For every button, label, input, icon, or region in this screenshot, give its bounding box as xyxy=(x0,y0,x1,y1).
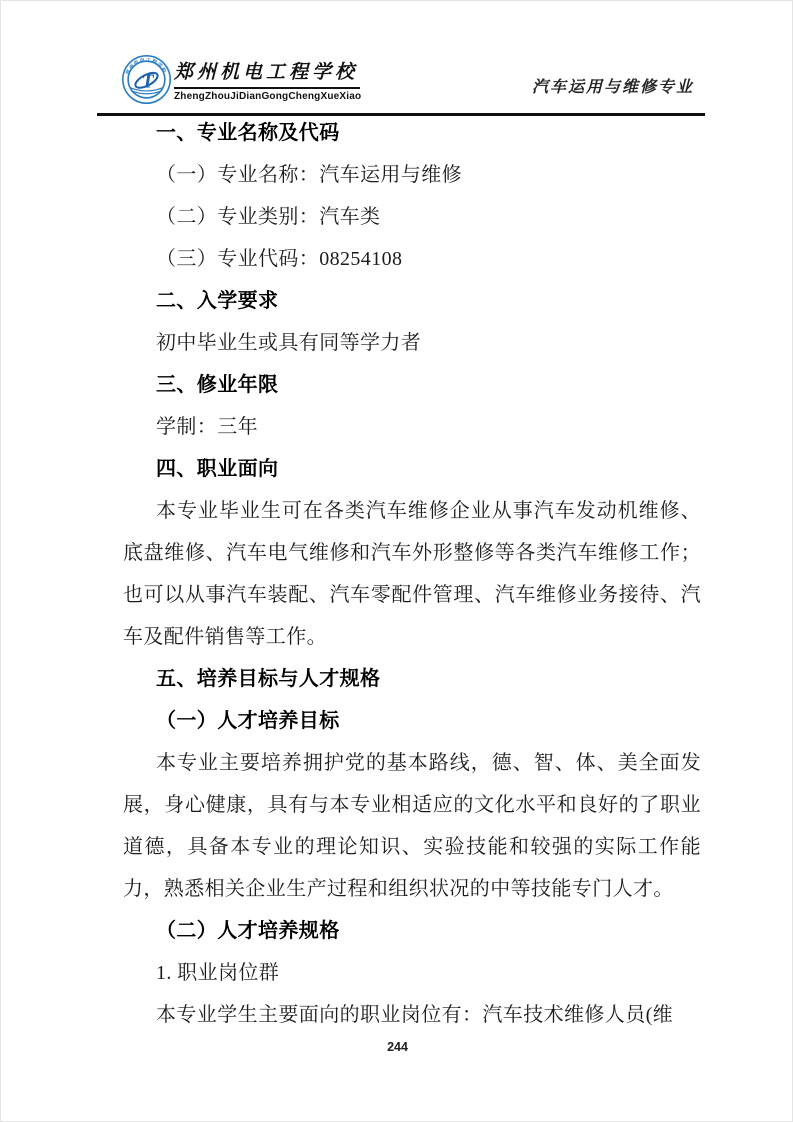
major-title-tag: 汽车运用与维修专业 xyxy=(532,74,694,97)
document-body: 一、专业名称及代码 （一）专业名称：汽车运用与维修 （二）专业类别：汽车类 （三… xyxy=(123,112,701,1036)
section-2-body: 初中毕业生或具有同等学力者 xyxy=(123,322,701,364)
section-3-heading: 三、修业年限 xyxy=(123,364,701,406)
section-5b-body: 本专业学生主要面向的职业岗位有：汽车技术维修人员(维 xyxy=(123,994,701,1036)
section-5b-item-1: 1. 职业岗位群 xyxy=(123,952,701,994)
svg-text:T: T xyxy=(142,72,155,93)
school-logo-icon: 郑州机电工程学校 T xyxy=(122,55,171,104)
section-5a-body: 本专业主要培养拥护党的基本路线，德、智、体、美全面发展，身心健康，具有与本专业相… xyxy=(123,742,701,910)
section-1-item-code: （三）专业代码：08254108 xyxy=(123,238,701,280)
section-5b-heading: （二）人才培养规格 xyxy=(123,910,701,952)
section-5a-heading: （一）人才培养目标 xyxy=(123,700,701,742)
school-name: 郑州机电工程学校 xyxy=(174,57,360,89)
section-5-heading: 五、培养目标与人才规格 xyxy=(123,658,701,700)
page-number: 244 xyxy=(1,1040,793,1054)
page-header: 郑州机电工程学校 T 郑州机电工程学校 ZhengZhouJiDianGongC… xyxy=(1,1,793,117)
section-1-heading: 一、专业名称及代码 xyxy=(123,112,701,154)
section-3-body: 学制：三年 xyxy=(123,406,701,448)
section-4-body: 本专业毕业生可在各类汽车维修企业从事汽车发动机维修、底盘维修、汽车电气维修和汽车… xyxy=(123,490,701,658)
school-identity: 郑州机电工程学校 ZhengZhouJiDianGongChengXueXiao xyxy=(174,57,360,102)
section-2-heading: 二、入学要求 xyxy=(123,280,701,322)
document-page: 郑州机电工程学校 T 郑州机电工程学校 ZhengZhouJiDianGongC… xyxy=(0,0,793,1122)
section-1-item-category: （二）专业类别：汽车类 xyxy=(123,196,701,238)
section-1-item-name: （一）专业名称：汽车运用与维修 xyxy=(123,154,701,196)
section-4-heading: 四、职业面向 xyxy=(123,448,701,490)
school-pinyin: ZhengZhouJiDianGongChengXueXiao xyxy=(174,91,360,102)
